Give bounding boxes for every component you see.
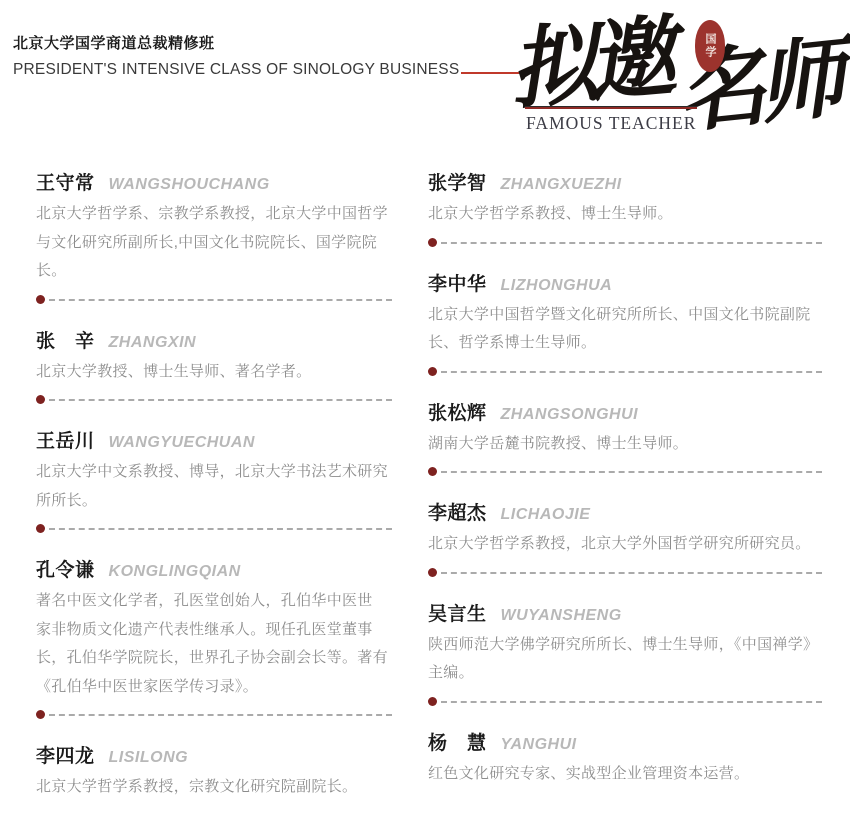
teacher-name: 张学智 xyxy=(428,168,487,195)
teacher-entry: 杨 慧 YANGHUI 红色文化研究专家、实战型企业管理资本运营。 xyxy=(428,728,822,789)
teacher-header: 张学智 ZHANGXUEZHI xyxy=(428,168,822,195)
teacher-description: 北京大学哲学系教授，北京大学外国哲学研究所研究员。 xyxy=(428,530,822,559)
entry-separator xyxy=(428,238,822,247)
teacher-description: 北京大学教授、博士生导师、著名学者。 xyxy=(36,358,392,387)
bullet-dot-icon xyxy=(428,238,437,247)
bullet-dot-icon xyxy=(428,697,437,706)
teacher-entry: 王岳川 WANGYUECHUAN 北京大学中文系教授、博导，北京大学书法艺术研究… xyxy=(36,426,392,533)
dashed-line xyxy=(49,299,392,301)
teacher-list: 王守常 WANGSHOUCHANG 北京大学哲学系、宗教学系教授，北京大学中国哲… xyxy=(0,150,850,811)
teacher-entry: 李超杰 LICHAOJIE 北京大学哲学系教授，北京大学外国哲学研究所研究员。 xyxy=(428,498,822,577)
teacher-pinyin: LISILONG xyxy=(109,749,189,767)
teacher-pinyin: WUYANSHENG xyxy=(501,607,622,625)
teacher-name: 王守常 xyxy=(36,168,95,195)
teacher-pinyin: WANGYUECHUAN xyxy=(109,434,255,452)
dashed-line xyxy=(441,242,822,244)
entry-separator xyxy=(428,467,822,476)
teacher-description: 北京大学哲学系、宗教学系教授，北京大学中国哲学与文化研究所副所长,中国文化书院院… xyxy=(36,200,392,286)
calligraphy-banner: 拟邀 国学 名师 FAMOUS TEACHER xyxy=(505,0,850,150)
teacher-entry: 李中华 LIZHONGHUA 北京大学中国哲学暨文化研究所所长、中国文化书院副院… xyxy=(428,269,822,376)
teacher-header: 张 辛 ZHANGXIN xyxy=(36,326,392,353)
bullet-dot-icon xyxy=(428,568,437,577)
teacher-pinyin: ZHANGXIN xyxy=(109,334,197,352)
teacher-header: 李超杰 LICHAOJIE xyxy=(428,498,822,525)
teacher-description: 红色文化研究专家、实战型企业管理资本运营。 xyxy=(428,760,822,789)
famous-teacher-label: FAMOUS TEACHER xyxy=(526,113,696,134)
teacher-column-right: 张学智 ZHANGXUEZHI 北京大学哲学系教授、博士生导师。 李中华 LIZ… xyxy=(428,168,822,811)
teacher-pinyin: WANGSHOUCHANG xyxy=(109,176,270,194)
teacher-entry: 张松辉 ZHANGSONGHUI 湖南大学岳麓书院教授、博士生导师。 xyxy=(428,398,822,477)
dashed-line xyxy=(49,528,392,530)
bullet-dot-icon xyxy=(36,524,45,533)
brand-underline xyxy=(525,106,697,109)
entry-separator xyxy=(428,568,822,577)
teacher-description: 北京大学哲学系教授、博士生导师。 xyxy=(428,200,822,229)
entry-separator xyxy=(428,367,822,376)
teacher-description: 北京大学哲学系教授，宗教文化研究院副院长。 xyxy=(36,773,392,802)
page-header: 北京大学国学商道总裁精修班 PRESIDENT'S INTENSIVE CLAS… xyxy=(0,0,850,150)
teacher-header: 吴言生 WUYANSHENG xyxy=(428,599,822,626)
bullet-dot-icon xyxy=(428,367,437,376)
program-title-cn: 北京大学国学商道总裁精修班 xyxy=(13,32,529,53)
entry-separator xyxy=(36,295,392,304)
teacher-pinyin: ZHANGXUEZHI xyxy=(501,176,622,194)
entry-separator xyxy=(428,697,822,706)
teacher-name: 张 辛 xyxy=(36,326,95,353)
teacher-header: 孔令谦 KONGLINGQIAN xyxy=(36,555,392,582)
teacher-name: 李超杰 xyxy=(428,498,487,525)
teacher-description: 著名中医文化学者，孔医堂创始人，孔伯华中医世 家非物质文化遗产代表性继承人。现任… xyxy=(36,587,392,701)
teacher-entry: 王守常 WANGSHOUCHANG 北京大学哲学系、宗教学系教授，北京大学中国哲… xyxy=(36,168,392,304)
teacher-header: 张松辉 ZHANGSONGHUI xyxy=(428,398,822,425)
calligraphy-mingshi: 名师 xyxy=(671,8,843,150)
teacher-name: 李四龙 xyxy=(36,741,95,768)
program-title-en: PRESIDENT'S INTENSIVE CLASS OF SINOLOGY … xyxy=(13,61,459,79)
bullet-dot-icon xyxy=(428,467,437,476)
program-title-block: 北京大学国学商道总裁精修班 PRESIDENT'S INTENSIVE CLAS… xyxy=(13,32,529,79)
teacher-name: 孔令谦 xyxy=(36,555,95,582)
bullet-dot-icon xyxy=(36,710,45,719)
teacher-pinyin: LIZHONGHUA xyxy=(501,277,613,295)
teacher-pinyin: KONGLINGQIAN xyxy=(109,563,241,581)
teacher-pinyin: YANGHUI xyxy=(501,736,577,754)
teacher-header: 王守常 WANGSHOUCHANG xyxy=(36,168,392,195)
teacher-entry: 吴言生 WUYANSHENG 陕西师范大学佛学研究所所长、博士生导师，《中国禅学… xyxy=(428,599,822,706)
teacher-description: 湖南大学岳麓书院教授、博士生导师。 xyxy=(428,430,822,459)
teacher-name: 王岳川 xyxy=(36,426,95,453)
teacher-column-left: 王守常 WANGSHOUCHANG 北京大学哲学系、宗教学系教授，北京大学中国哲… xyxy=(36,168,392,811)
bullet-dot-icon xyxy=(36,395,45,404)
bullet-dot-icon xyxy=(36,295,45,304)
dashed-line xyxy=(441,371,822,373)
teacher-header: 李四龙 LISILONG xyxy=(36,741,392,768)
teacher-entry: 李四龙 LISILONG 北京大学哲学系教授，宗教文化研究院副院长。 xyxy=(36,741,392,802)
dashed-line xyxy=(49,714,392,716)
red-seal-stamp: 国学 xyxy=(695,20,725,72)
entry-separator xyxy=(36,524,392,533)
teacher-pinyin: LICHAOJIE xyxy=(501,506,591,524)
entry-separator xyxy=(36,710,392,719)
dashed-line xyxy=(441,701,822,703)
seal-text: 国学 xyxy=(702,33,718,59)
teacher-description: 陕西师范大学佛学研究所所长、博士生导师，《中国禅学》主编。 xyxy=(428,631,822,688)
teacher-pinyin: ZHANGSONGHUI xyxy=(501,406,639,424)
teacher-header: 王岳川 WANGYUECHUAN xyxy=(36,426,392,453)
teacher-description: 北京大学中国哲学暨文化研究所所长、中国文化书院副院长、哲学系博士生导师。 xyxy=(428,301,822,358)
dashed-line xyxy=(49,399,392,401)
dashed-line xyxy=(441,471,822,473)
teacher-description: 北京大学中文系教授、博导，北京大学书法艺术研究所所长。 xyxy=(36,458,392,515)
teacher-name: 杨 慧 xyxy=(428,728,487,755)
teacher-name: 李中华 xyxy=(428,269,487,296)
teacher-entry: 张学智 ZHANGXUEZHI 北京大学哲学系教授、博士生导师。 xyxy=(428,168,822,247)
teacher-entry: 孔令谦 KONGLINGQIAN 著名中医文化学者，孔医堂创始人，孔伯华中医世 … xyxy=(36,555,392,719)
dashed-line xyxy=(441,572,822,574)
teacher-name: 吴言生 xyxy=(428,599,487,626)
teacher-entry: 张 辛 ZHANGXIN 北京大学教授、博士生导师、著名学者。 xyxy=(36,326,392,405)
teacher-name: 张松辉 xyxy=(428,398,487,425)
program-title-en-row: PRESIDENT'S INTENSIVE CLASS OF SINOLOGY … xyxy=(13,61,529,79)
entry-separator xyxy=(36,395,392,404)
teacher-header: 杨 慧 YANGHUI xyxy=(428,728,822,755)
teacher-header: 李中华 LIZHONGHUA xyxy=(428,269,822,296)
